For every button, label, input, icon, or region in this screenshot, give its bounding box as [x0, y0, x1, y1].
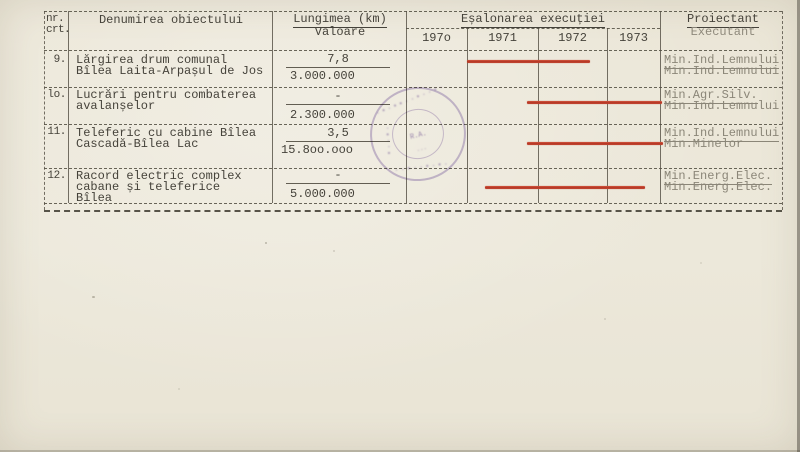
- col-header-nr-crt: nr. crt.: [44, 14, 70, 36]
- object-name: Lucrări pentru combaterea avalanșelor: [76, 90, 270, 112]
- value-lei: 3.000.000: [276, 71, 404, 82]
- executant: Min.Energ.Elec.: [664, 182, 782, 193]
- table-border-right: [782, 11, 783, 210]
- header-valoare: Valoare: [276, 27, 404, 38]
- schedule-bar-row9: [467, 60, 590, 63]
- table-border-bottom: [44, 210, 782, 212]
- paper-speck: [604, 318, 606, 320]
- paper-speck: [700, 262, 702, 264]
- object-name: Teleferic cu cabine Bîlea Cascadă-Bîlea …: [76, 128, 270, 150]
- object-name: Racord electric complex cabane și telefe…: [76, 171, 270, 204]
- proiectant-executant-cell: Min.Energ.Elec. Min.Energ.Elec.: [664, 171, 782, 193]
- col-header-year-1970: 197o: [406, 33, 467, 44]
- executant: Min.Ind.Lemnului: [664, 101, 782, 112]
- col-header-denumire: Denumirea obiectului: [72, 15, 270, 26]
- length-value-cell: 7,8 3.000.000: [276, 54, 404, 82]
- object-name: Lărgirea drum comunal Bîlea Laita-Arpașu…: [76, 55, 270, 77]
- col-header-proiectant-executant: Proiectant Executant: [664, 14, 782, 38]
- length-km: 7,8: [286, 54, 390, 68]
- row-number: 9.: [44, 55, 66, 66]
- paper-speck: [178, 388, 180, 390]
- executant: Min.Ind.Lemnului: [664, 66, 782, 77]
- col-header-year-1972: 1972: [538, 33, 607, 44]
- proiectant-executant-cell: Min.Agr.Silv. Min.Ind.Lemnului: [664, 90, 782, 112]
- table-border-top: [44, 11, 782, 12]
- header-sub-divider: [406, 28, 660, 29]
- col-header-year-1973: 1973: [607, 33, 660, 44]
- schedule-bar-row12: [485, 186, 645, 189]
- row-number: lo.: [44, 90, 66, 101]
- table-row: 9. Lărgirea drum comunal Bîlea Laita-Arp…: [44, 52, 782, 87]
- header-crt: crt.: [46, 25, 70, 36]
- row-number: 12.: [44, 171, 66, 182]
- row-divider: [44, 50, 782, 51]
- col-header-lungime-valoare: Lungimea (km) Valoare: [276, 14, 404, 38]
- proiectant-executant-cell: Min.Ind.Lemnului Min.Minelor: [664, 128, 782, 150]
- col-header-year-1971: 1971: [467, 33, 538, 44]
- schedule-bar-row10: [527, 101, 662, 104]
- paper-speck: [265, 242, 267, 244]
- header-executant: Executant: [664, 27, 782, 38]
- length-km: -: [286, 170, 390, 184]
- schedule-bar-row11: [527, 142, 663, 145]
- scanned-document-page: nr. crt. Denumirea obiectului Lungimea (…: [0, 0, 800, 452]
- col-header-esalonare: Eșalonarea execuției: [408, 14, 658, 25]
- paper-speck: [92, 296, 95, 298]
- paper-speck: [333, 250, 335, 252]
- proiectant-executant-cell: Min.Ind.Lemnului Min.Ind.Lemnului: [664, 55, 782, 77]
- row-number: 11.: [44, 127, 66, 138]
